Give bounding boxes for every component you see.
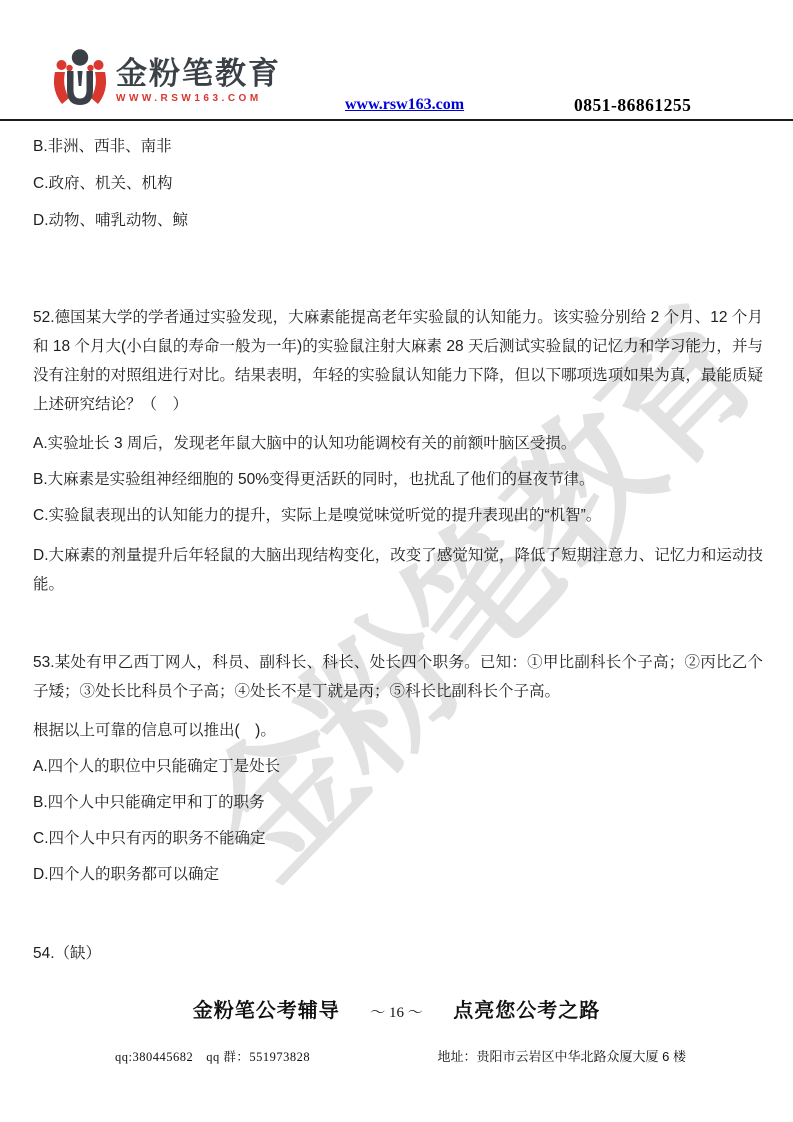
- website-link[interactable]: www.rsw163.com: [345, 96, 464, 114]
- q52-option-d: D.大麻素的剂量提升后年轻鼠的大脑出现结构变化，改变了感觉知觉，降低了短期注意力…: [33, 541, 763, 599]
- q53-option-d: D.四个人的职务都可以确定: [33, 864, 763, 886]
- brand-name: 金粉笔教育: [116, 58, 281, 90]
- q53-option-a: A.四个人的职位中只能确定丁是处长: [33, 756, 763, 778]
- q51-option-d: D.动物、哺乳动物、鲸: [33, 210, 763, 232]
- phone-number: 0851-86861255: [574, 95, 691, 116]
- q53-option-b: B.四个人中只能确定甲和丁的职务: [33, 792, 763, 814]
- brand-logo: 金粉笔教育 WWW.RSW163.COM: [52, 48, 281, 110]
- page-number: ～ 16 ～: [370, 1005, 423, 1021]
- q52-option-b: B.大麻素是实验组神经细胞的 50%变得更活跃的同时，也扰乱了他们的昼夜节律。: [33, 469, 763, 491]
- question-53-stem: 53.某处有甲乙西丁网人，科员、副科长、科长、处长四个职务。已知：①甲比副科长个…: [33, 648, 763, 706]
- footer-address: 地址：贵阳市云岩区中华北路众厦大厦 6 楼: [438, 1046, 686, 1065]
- question-54: 54.（缺）: [33, 943, 763, 965]
- q52-option-c: C.实验鼠表现出的认知能力的提升，实际上是嗅觉味觉听觉的提升表现出的“机智”。: [33, 505, 763, 527]
- question-53-sub: 根据以上可靠的信息可以推出( )。: [33, 720, 763, 742]
- footer-contact-row: qq:380445682 qq 群：551973828 地址：贵阳市云岩区中华北…: [115, 1046, 686, 1065]
- q51-option-c: C.政府、机关、机构: [33, 173, 763, 195]
- footer-brand-text: 金粉笔公考辅导: [193, 1000, 340, 1022]
- document-body: B.非洲、西非、南非 C.政府、机关、机构 D.动物、哺乳动物、鲸 52.德国某…: [33, 121, 763, 965]
- brand-logo-icon: [52, 48, 108, 110]
- brand-site-url: WWW.RSW163.COM: [116, 93, 281, 104]
- footer-slogan-row: 金粉笔公考辅导 ～ 16 ～ 点亮您公考之路: [0, 994, 793, 1023]
- q51-option-b: B.非洲、西非、南非: [33, 136, 763, 158]
- brand-logo-text: 金粉笔教育 WWW.RSW163.COM: [116, 48, 281, 104]
- footer-qq-contacts: qq:380445682 qq 群：551973828: [115, 1047, 310, 1065]
- question-52-stem: 52.德国某大学的学者通过实验发现，大麻素能提高老年实验鼠的认知能力。该实验分别…: [33, 303, 763, 419]
- q52-option-a: A.实验址长 3 周后，发现老年鼠大脑中的认知功能调校有关的前额叶脑区受损。: [33, 433, 763, 455]
- document-page: 金粉笔教育 金粉笔教育 WWW.RSW163.COM: [0, 0, 793, 1122]
- footer-slogan-text: 点亮您公考之路: [453, 1000, 600, 1022]
- page-header: 金粉笔教育 WWW.RSW163.COM www.rsw163.com 0851…: [0, 0, 793, 121]
- q53-option-c: C.四个人中只有丙的职务不能确定: [33, 828, 763, 850]
